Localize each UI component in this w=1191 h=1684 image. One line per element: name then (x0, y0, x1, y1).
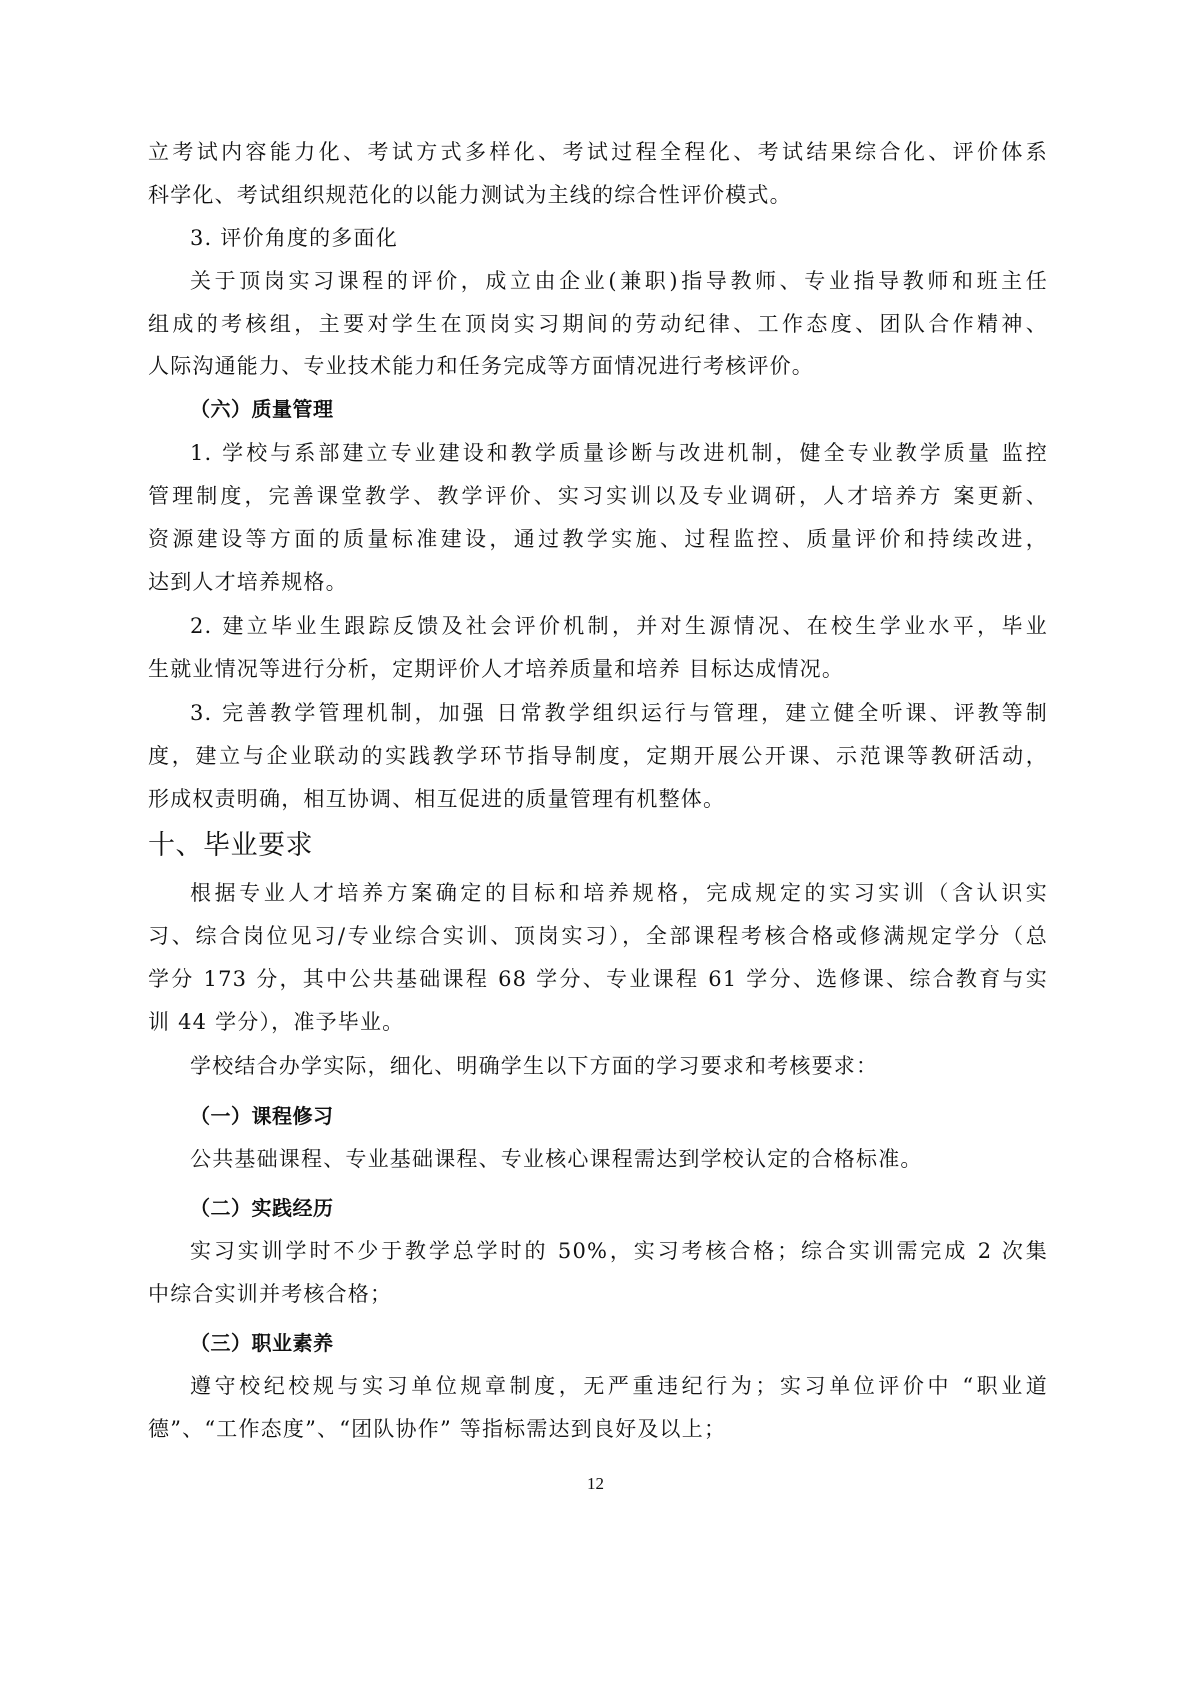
paragraph-line: 管理制度，完善课堂教学、教学评价、实习实训以及专业调研，人才培养方 案更新、 (148, 482, 1048, 510)
paragraph-line: 达到人才培养规格。 (148, 568, 1048, 596)
paragraph-line: 学校结合办学实际，细化、明确学生以下方面的学习要求和考核要求： (190, 1052, 1090, 1080)
paragraph-line: 人际沟通能力、专业技术能力和任务完成等方面情况进行考核评价。 (148, 352, 1048, 380)
section-heading: （一）课程修习 (190, 1102, 1090, 1130)
section-heading: （六）质量管理 (190, 395, 1090, 423)
paragraph-line: 1. 学校与系部建立专业建设和教学质量诊断与改进机制，健全专业教学质量 监控 (190, 439, 1048, 467)
paragraph-line: 习、综合岗位见习/专业综合实训、顶岗实习），全部课程考核合格或修满规定学分（总 (148, 922, 1048, 950)
paragraph-line: 生就业情况等进行分析，定期评价人才培养质量和培养 目标达成情况。 (148, 655, 1048, 683)
document-page: 立考试内容能力化、考试方式多样化、考试过程全程化、考试结果综合化、评价体系 科学… (0, 0, 1191, 1684)
paragraph-line: 关于顶岗实习课程的评价，成立由企业(兼职)指导教师、专业指导教师和班主任 (190, 267, 1048, 295)
paragraph-line: 3. 完善教学管理机制，加强 日常教学组织运行与管理，建立健全听课、评教等制 (190, 699, 1048, 727)
paragraph-line: 德”、“工作态度”、“团队协作” 等指标需达到良好及以上； (148, 1415, 1048, 1443)
paragraph-line: 科学化、考试组织规范化的以能力测试为主线的综合性评价模式。 (148, 181, 1048, 209)
chapter-heading: 十、毕业要求 (148, 829, 1048, 863)
paragraph-line: 遵守校纪校规与实习单位规章制度，无严重违纪行为；实习单位评价中 “职业道 (190, 1372, 1048, 1400)
paragraph-line: 2. 建立毕业生跟踪反馈及社会评价机制，并对生源情况、在校生学业水平，毕业 (190, 612, 1048, 640)
subsection-title: 3. 评价角度的多面化 (190, 224, 1090, 252)
paragraph-line: 训 44 学分），准予毕业。 (148, 1008, 1048, 1036)
paragraph-line: 公共基础课程、专业基础课程、专业核心课程需达到学校认定的合格标准。 (190, 1145, 1090, 1173)
paragraph-line: 度，建立与企业联动的实践教学环节指导制度，定期开展公开课、示范课等教研活动， (148, 742, 1048, 770)
paragraph-line: 中综合实训并考核合格； (148, 1280, 1048, 1308)
paragraph-line: 组成的考核组，主要对学生在顶岗实习期间的劳动纪律、工作态度、团队合作精神、 (148, 310, 1048, 338)
section-heading: （三）职业素养 (190, 1329, 1090, 1357)
paragraph-line: 实习实训学时不少于教学总学时的 50%，实习考核合格；综合实训需完成 2 次集 (190, 1237, 1048, 1265)
paragraph-line: 学分 173 分，其中公共基础课程 68 学分、专业课程 61 学分、选修课、综… (148, 965, 1048, 993)
page-number: 12 (0, 1474, 1191, 1494)
paragraph-line: 形成权责明确，相互协调、相互促进的质量管理有机整体。 (148, 785, 1048, 813)
paragraph-line: 根据专业人才培养方案确定的目标和培养规格，完成规定的实习实训（含认识实 (190, 879, 1048, 907)
paragraph-line: 立考试内容能力化、考试方式多样化、考试过程全程化、考试结果综合化、评价体系 (148, 138, 1048, 166)
paragraph-line: 资源建设等方面的质量标准建设，通过教学实施、过程监控、质量评价和持续改进， (148, 525, 1048, 553)
section-heading: （二）实践经历 (190, 1194, 1090, 1222)
